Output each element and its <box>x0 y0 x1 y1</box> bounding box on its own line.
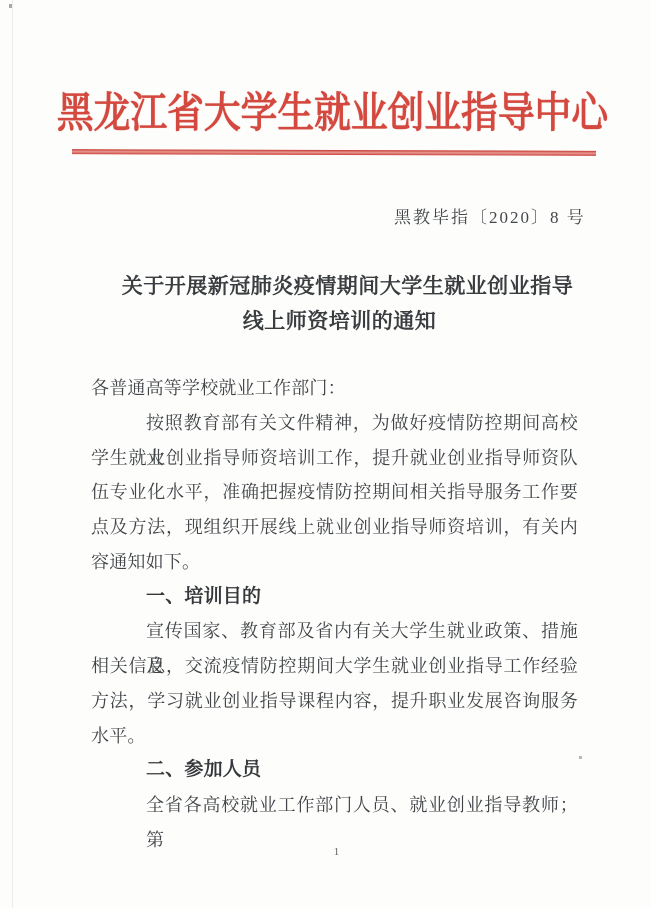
paragraph-line: 容通知如下。 <box>91 545 578 580</box>
document-title-line-2: 线上师资培训的通知 <box>14 305 651 335</box>
document-body: 各普通高等学校就业工作部门： 按照教育部有关文件精神，为做好疫情防控期间高校大 … <box>91 371 578 823</box>
scan-speck <box>579 756 582 759</box>
letterhead-red-rule <box>72 149 596 156</box>
page-number: 1 <box>11 846 651 858</box>
document-title-line-1: 关于开展新冠肺炎疫情期间大学生就业创业指导 <box>22 270 651 300</box>
scanned-document-page: 黑龙江省大学生就业创业指导中心 黑教毕指〔2020〕8 号 关于开展新冠肺炎疫情… <box>0 0 651 908</box>
document-reference-number: 黑教毕指〔2020〕8 号 <box>394 203 586 228</box>
section-heading-1: 一、培训目的 <box>91 580 578 615</box>
section-heading-2: 二、参加人员 <box>91 753 578 788</box>
paragraph-line: 按照教育部有关文件精神，为做好疫情防控期间高校大 <box>91 406 578 441</box>
paragraph-line: 点及方法，现组织开展线上就业创业指导师资培训，有关内 <box>91 510 578 545</box>
paragraph-line: 方法，学习就业创业指导课程内容，提升职业发展咨询服务 <box>91 684 578 719</box>
paragraph-line: 相关信息，交流疫情防控期间大学生就业创业指导工作经验 <box>91 649 578 684</box>
scan-edge-artifact <box>12 0 13 908</box>
letterhead-org-name: 黑龙江省大学生就业创业指导中心 <box>48 90 618 138</box>
scan-speck <box>9 4 12 8</box>
paragraph-line: 全省各高校就业工作部门人员、就业创业指导教师；第 <box>91 788 578 823</box>
paragraph-line: 学生就业创业指导师资培训工作，提升就业创业指导师资队 <box>91 441 578 476</box>
salutation-line: 各普通高等学校就业工作部门： <box>91 371 578 406</box>
paragraph-line: 伍专业化水平，准确把握疫情防控期间相关指导服务工作要 <box>91 475 578 510</box>
paragraph-line: 水平。 <box>91 719 578 754</box>
paragraph-line: 宣传国家、教育部及省内有关大学生就业政策、措施及 <box>91 614 578 649</box>
